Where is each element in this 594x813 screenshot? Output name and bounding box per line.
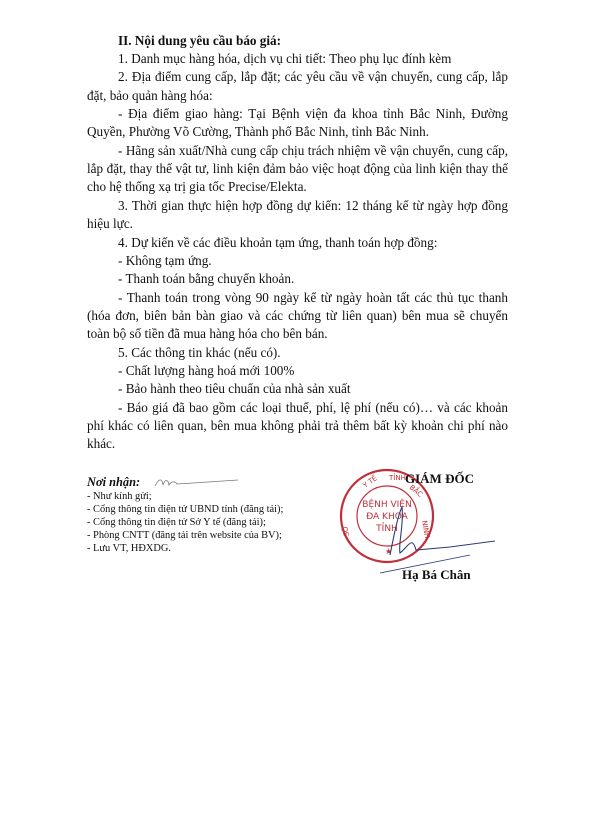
svg-text:TỈNH: TỈNH [388,473,406,482]
body-line: - Không tạm ứng. [118,252,212,269]
handwritten-signature-icon [380,495,500,575]
recipient-item: - Cổng thông tin điện tử UBND tỉnh (đăng… [87,503,283,516]
document-page: II. Nội dung yêu cầu báo giá: 1. Danh mụ… [0,0,594,813]
body-line: toàn bộ số tiền đã mua hàng hóa cho bên … [87,325,328,342]
body-line: - Chất lượng hàng hoá mới 100% [118,362,294,379]
section-heading: II. Nội dung yêu cầu báo giá: [118,32,281,49]
body-line: Quyền, Phường Võ Cường, Thành phố Bắc Ni… [87,123,429,140]
recipient-item: - Như kính gửi; [87,490,283,503]
body-line: 3. Thời gian thực hiện hợp đồng dự kiến:… [118,197,508,214]
body-line: lắp đặt, thay thế vật tư, linh kiện đảm … [87,160,508,177]
body-line: 4. Dự kiến về các điều khoản tạm ứng, th… [118,234,437,251]
body-line: (hóa đơn, biên bản bàn giao và các chứng… [87,307,508,324]
body-line: - Bảo hành theo tiêu chuẩn của nhà sản x… [118,380,351,397]
body-line: đặt, bảo quản hàng hóa: [87,87,213,104]
body-line: 5. Các thông tin khác (nếu có). [118,344,281,361]
body-line: phí khác có liên quan, bên mua không phả… [87,417,508,434]
body-line: - Báo giá đã bao gồm các loại thuế, phí,… [118,399,508,416]
recipient-item: - Phòng CNTT (đăng tải trên website của … [87,529,283,542]
svg-text:SỞ: SỞ [339,525,351,537]
body-line: - Địa điểm giao hàng: Tại Bệnh viện đa k… [118,105,508,122]
recipient-item: - Lưu VT, HĐXDG. [87,542,283,555]
body-line: 1. Danh mục hàng hóa, dịch vụ chi tiết: … [118,50,451,67]
signer-name: Hạ Bá Chân [402,567,471,583]
body-line: 2. Địa điểm cung cấp, lắp đặt; các yêu c… [118,68,508,85]
recipients-list: - Như kính gửi;- Cổng thông tin điện tử … [87,490,283,555]
body-line: - Hãng sản xuất/Nhà cung cấp chịu trách … [118,142,508,159]
signer-title: GIÁM ĐỐC [405,471,474,487]
body-line: khác. [87,435,115,452]
initials-scribble-icon [153,476,243,490]
recipient-item: - Cổng thông tin điện tử Sở Y tế (đăng t… [87,516,283,529]
body-line: - Thanh toán bằng chuyển khoản. [118,270,294,287]
body-line: hiệu lực. [87,215,133,232]
body-line: - Thanh toán trong vòng 90 ngày kể từ ng… [118,289,508,306]
body-line: cho hệ thống xạ trị gia tốc Precise/Elek… [87,178,307,195]
